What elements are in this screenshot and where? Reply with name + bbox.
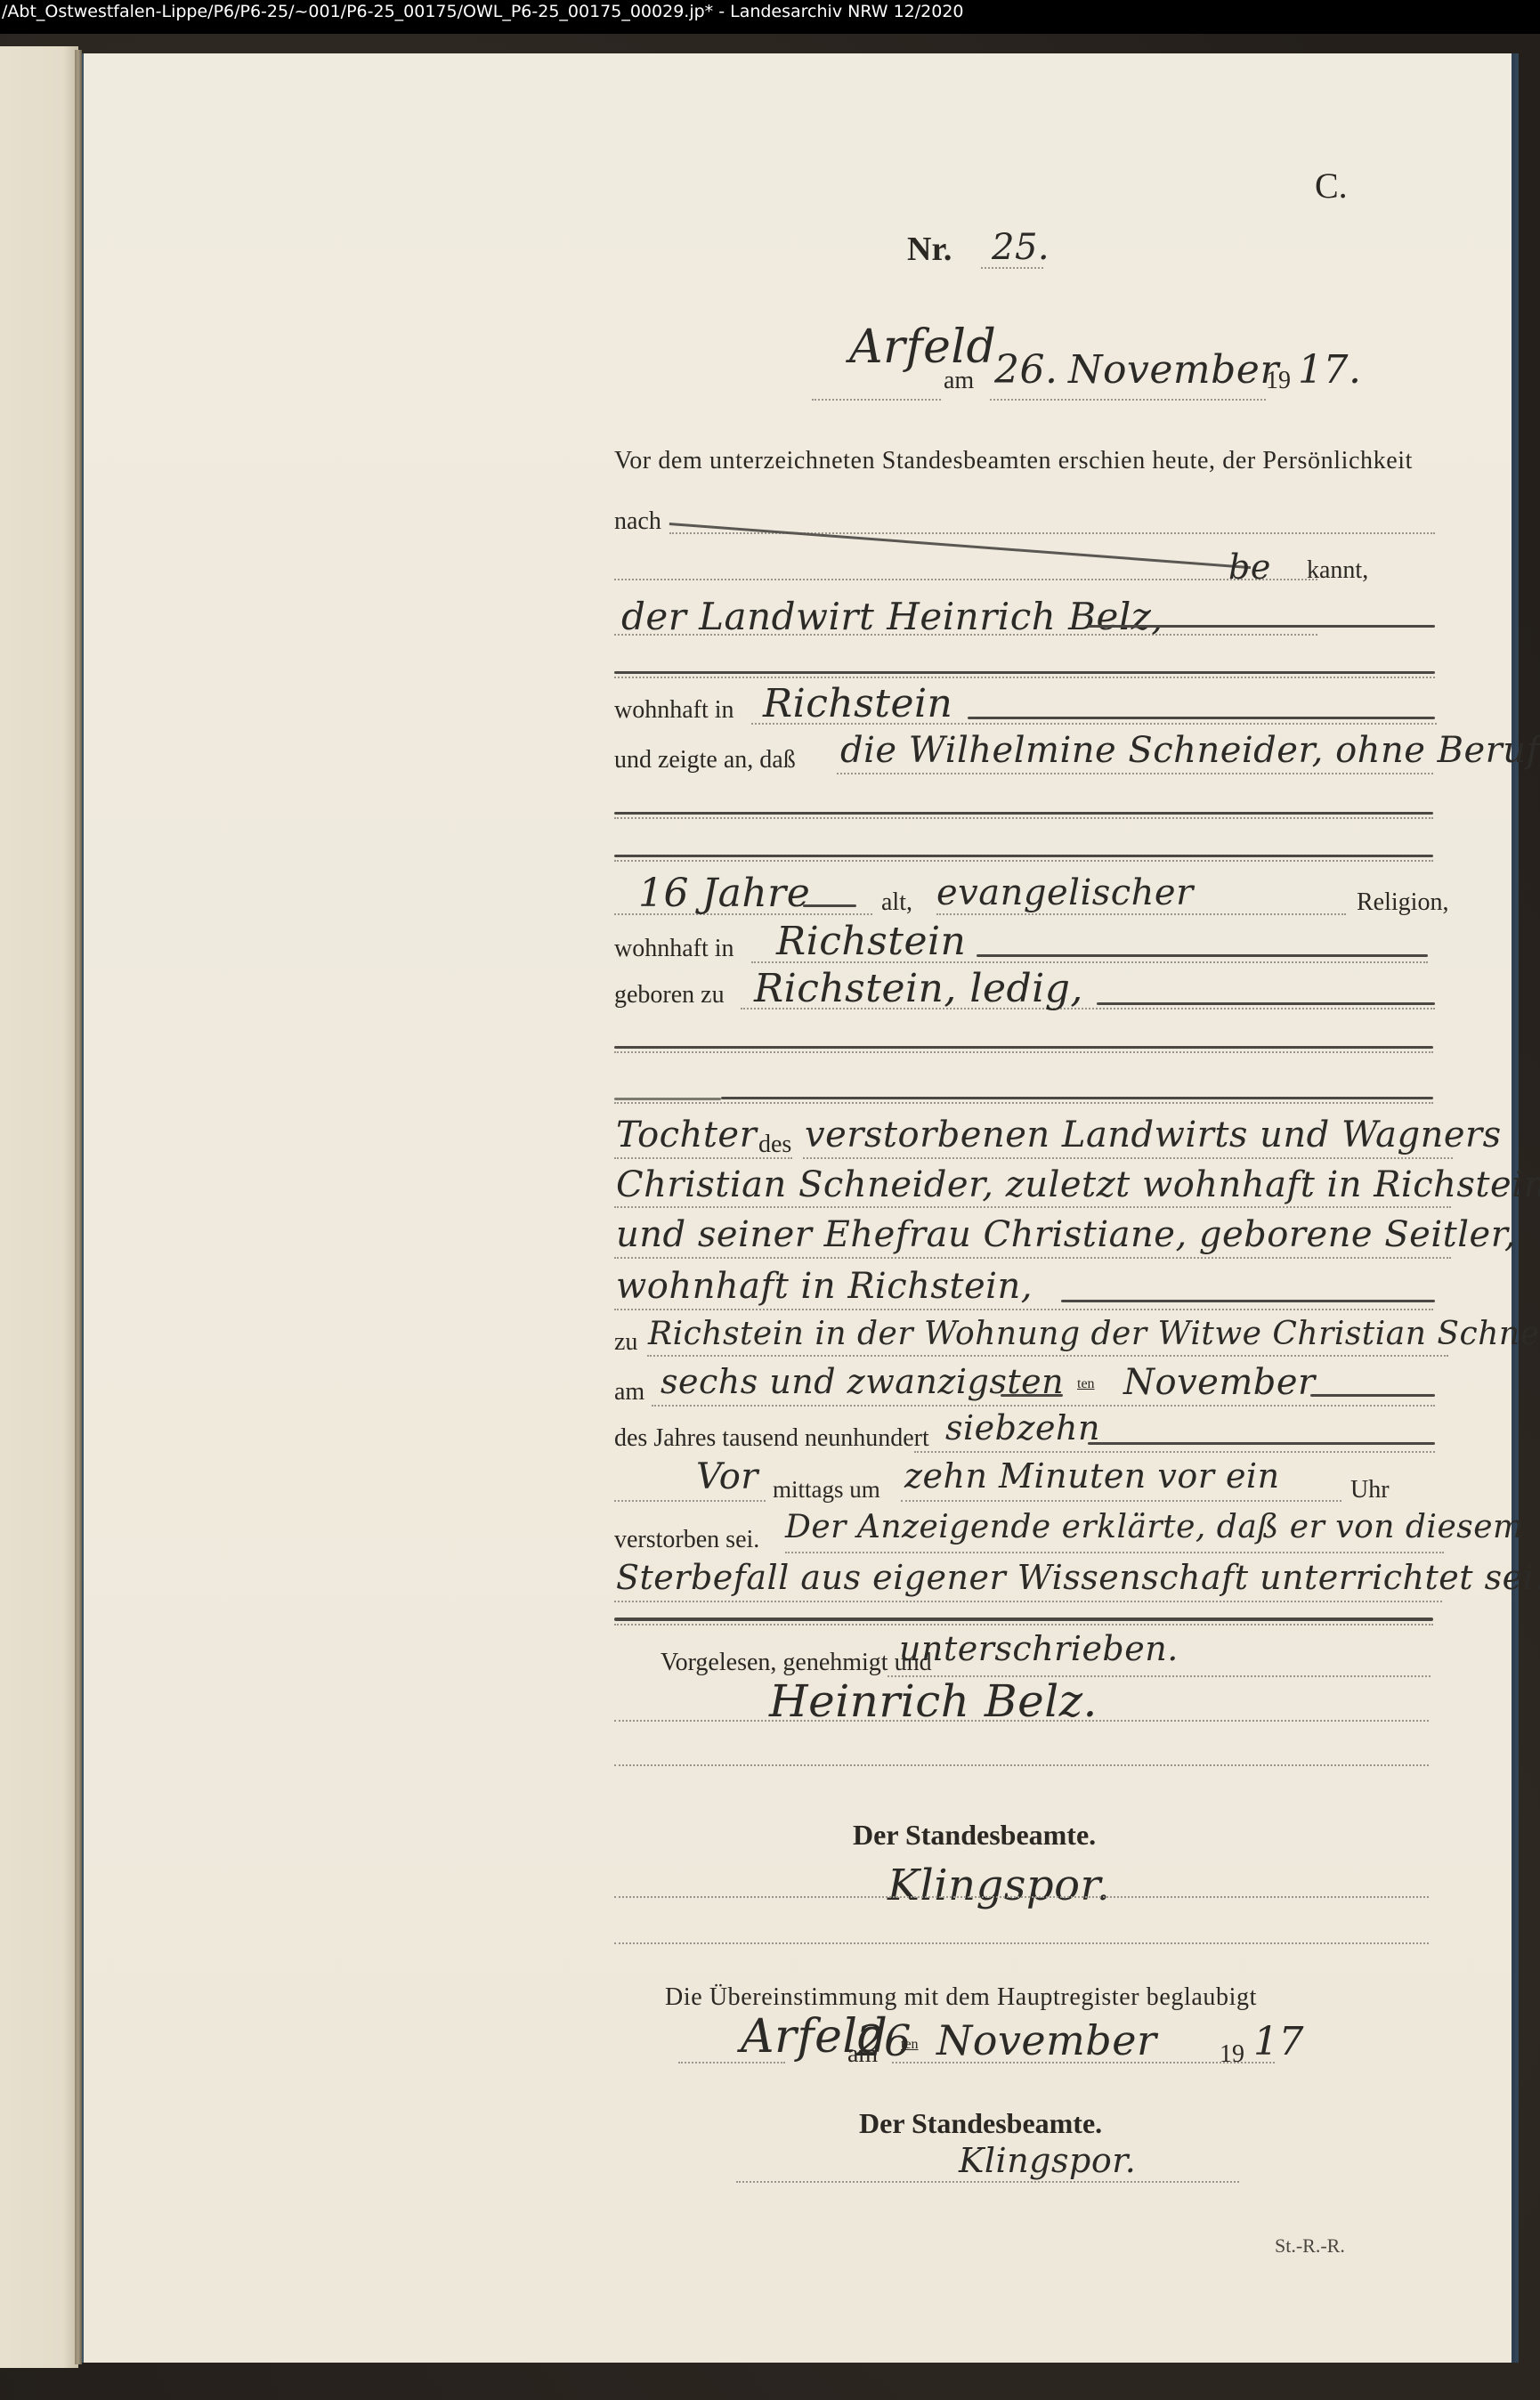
left-page-edge (0, 46, 78, 2368)
deceased-residence-label: wohnhaft in (614, 935, 734, 963)
kannt-dots (614, 579, 1317, 580)
vorgelesen-label: Vorgelesen, genehmigt und (661, 1649, 932, 1677)
informant-signature: Heinrich Belz. (769, 1675, 1098, 1727)
registrar-signature-1: Klingspor. (888, 1861, 1110, 1910)
parents-dots-1b (803, 1157, 1453, 1159)
age-fill-bar (803, 904, 856, 907)
blank-fill-bar-4 (614, 1046, 1433, 1049)
blank-fill-bar-5a (614, 1098, 721, 1100)
religion-dots (936, 913, 1346, 915)
informant-residence-label: wohnhaft in (614, 696, 734, 725)
blank-fill-bar-3 (614, 855, 1433, 857)
corner-mark: C. (1315, 165, 1348, 207)
year-suffix: 17. (1298, 347, 1361, 393)
parents-line-1: verstorbenen Landwirts und Wagners (805, 1115, 1502, 1155)
registrar-title-2: Der Standesbeamte. (859, 2107, 1102, 2140)
death-place: Richstein in der Wohnung der Witwe Chris… (648, 1316, 1540, 1352)
blank-dots-5 (614, 1102, 1433, 1104)
deceased-residence: Richstein (776, 919, 966, 964)
birthplace-label: geboren zu (614, 981, 725, 1009)
registrar-title-1: Der Standesbeamte. (853, 1819, 1096, 1852)
religion-label: Religion, (1357, 888, 1448, 917)
death-year-words: siebzehn (945, 1408, 1100, 1447)
death-month: November (1123, 1362, 1316, 1403)
section-divider-dots (614, 1624, 1433, 1626)
registration-place: Arfeld (849, 320, 996, 374)
alt-label: alt, (881, 888, 912, 917)
certification-label: Die Übereinstimmung mit dem Hauptregiste… (665, 1983, 1257, 2012)
strikethrough-line (669, 523, 1251, 569)
relation: Tochter (616, 1115, 757, 1155)
informant-name: der Landwirt Heinrich Belz, (621, 595, 1163, 638)
viewer-title-bar: /Abt_Ostwestfalen-Lippe/P6/P6-25/~001/P6… (0, 0, 1540, 34)
blank-fill-bar-5b (721, 1097, 1433, 1099)
intro-line: Vor dem unterzeichneten Standesbeamten e… (614, 447, 1413, 475)
registration-month: November (1068, 347, 1279, 393)
time-dots (901, 1500, 1341, 1502)
death-place-dots (647, 1355, 1448, 1357)
informant-fill-bar (1088, 625, 1435, 628)
viewer-title: /Abt_Ostwestfalen-Lippe/P6/P6-25/~001/P6… (2, 2, 964, 21)
vor-dots (614, 1500, 766, 1502)
signature-dots-2 (614, 1764, 1429, 1766)
zu-label: zu (614, 1328, 637, 1357)
zeigte-an-label: und zeigte an, daß (614, 746, 796, 774)
section-divider (614, 1618, 1433, 1621)
parents-dots-3 (614, 1257, 1451, 1259)
registrar-signature-2: Klingspor. (959, 2141, 1136, 2180)
place-dots (812, 399, 941, 401)
register-page: C. Nr. 25. Arfeld am 26. November 19 17.… (82, 53, 1519, 2363)
blank-dots-2 (614, 817, 1433, 819)
death-date-dots (652, 1405, 1435, 1407)
cert-year-prefix: 19 (1220, 2040, 1244, 2069)
verstorben-label: verstorben sei. (614, 1526, 759, 1554)
declaration-line-2: Sterbefall aus eigener Wissenschaft unte… (616, 1558, 1540, 1597)
death-year-dots (914, 1451, 1435, 1453)
vor-value: Vor (696, 1456, 758, 1497)
nach-label: nach (614, 507, 661, 536)
des-label: des (758, 1131, 791, 1159)
parents-line-4: wohnhaft in Richstein, (616, 1266, 1033, 1307)
cert-ten-suffix: ten (901, 2037, 919, 2053)
blank-fill-bar-2 (614, 812, 1433, 815)
parents-line-3: und seiner Ehefrau Christiane, geborene … (616, 1214, 1516, 1255)
deceased-age: 16 Jahre (638, 871, 810, 916)
deceased-name: die Wilhelmine Schneider, ohne Beruf, (840, 730, 1540, 771)
am-label: am (944, 367, 974, 395)
birthplace: Richstein, ledig, (754, 966, 1083, 1011)
cert-year-suffix: 17 (1253, 2019, 1304, 2064)
mittags-label: mittags um (773, 1476, 880, 1504)
parents-dots-4 (614, 1309, 1433, 1310)
vorgelesen-value: unterschrieben. (899, 1629, 1179, 1668)
ten-suffix: ten (1077, 1376, 1095, 1392)
cert-month: November (936, 2016, 1156, 2064)
entry-number-value: 25. (992, 227, 1050, 268)
form-code: St.-R.-R. (1275, 2234, 1345, 2258)
registrar-dots-1 (614, 1896, 1429, 1898)
declaration-line-1: Der Anzeigende erklärte, daß er von dies… (785, 1509, 1524, 1545)
birthplace-fill-bar (1097, 1002, 1435, 1005)
deceased-dots (837, 773, 1433, 774)
informant-residence: Richstein (763, 681, 952, 726)
blank-dots-3 (614, 860, 1433, 862)
blank-dots-1 (614, 677, 1435, 678)
uhr-label: Uhr (1350, 1476, 1390, 1504)
parents-line-2: Christian Schneider, zuletzt wohnhaft in… (616, 1164, 1540, 1205)
blank-fill-bar-1 (614, 671, 1435, 674)
registrar-dots-3 (736, 2181, 1239, 2183)
residence-fill-bar (968, 717, 1435, 719)
declaration-dots-1 (785, 1552, 1444, 1553)
kannt-label: kannt, (1307, 556, 1368, 585)
year-prefix: 19 (1266, 367, 1291, 395)
death-year-fill-bar (1088, 1442, 1435, 1445)
parents-fill-bar (1061, 1300, 1435, 1302)
registrar-dots-2 (614, 1942, 1429, 1944)
parents-dots-2 (614, 1206, 1451, 1208)
entry-number-label: Nr. (907, 230, 952, 269)
death-time: zehn Minuten vor ein (904, 1456, 1280, 1496)
year-line-label: des Jahres tausend neunhundert (614, 1424, 929, 1453)
deceased-residence-fill-bar (977, 954, 1428, 957)
blank-dots-4 (614, 1051, 1433, 1053)
death-am-label: am (614, 1378, 644, 1407)
book-gutter (75, 50, 82, 2364)
religion-value: evangelischer (936, 872, 1194, 913)
death-day-fill-bar (1001, 1394, 1063, 1397)
declaration-dots-2 (614, 1601, 1442, 1602)
registration-day: 26. (994, 347, 1058, 393)
death-month-fill-bar (1310, 1394, 1435, 1397)
date-dots (990, 399, 1266, 401)
be-handwritten: be (1228, 547, 1271, 587)
